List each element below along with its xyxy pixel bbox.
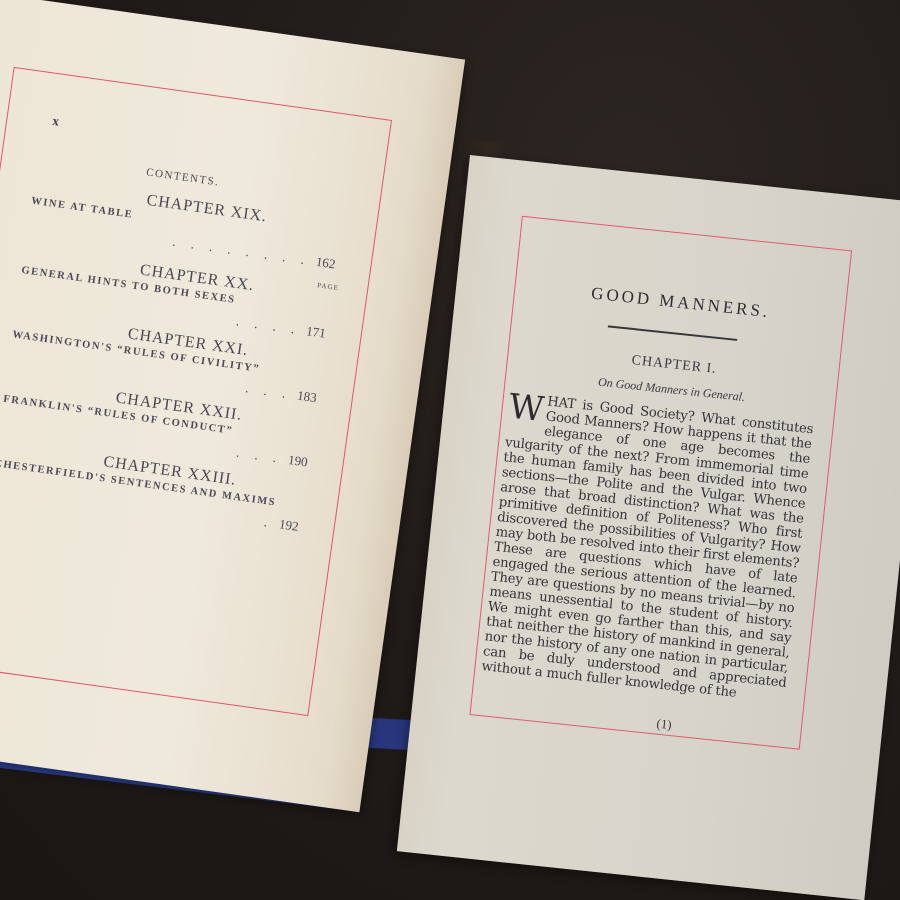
toc-page-number: 162 — [315, 254, 336, 272]
toc-page-number: 192 — [278, 516, 299, 534]
toc-page-number: 190 — [287, 452, 308, 470]
chapter-body-text: WHAT is Good Society? What constitutes G… — [481, 391, 814, 706]
body-paragraph: HAT is Good Society? What constitutes Go… — [481, 394, 814, 700]
toc-page-number: 183 — [296, 388, 317, 406]
drop-cap: W — [507, 392, 545, 425]
chapter-one-page: GOOD MANNERS. CHAPTER I. On Good Manners… — [397, 155, 900, 900]
toc-page-number: 171 — [305, 323, 326, 341]
page-number: (1) — [656, 716, 673, 733]
